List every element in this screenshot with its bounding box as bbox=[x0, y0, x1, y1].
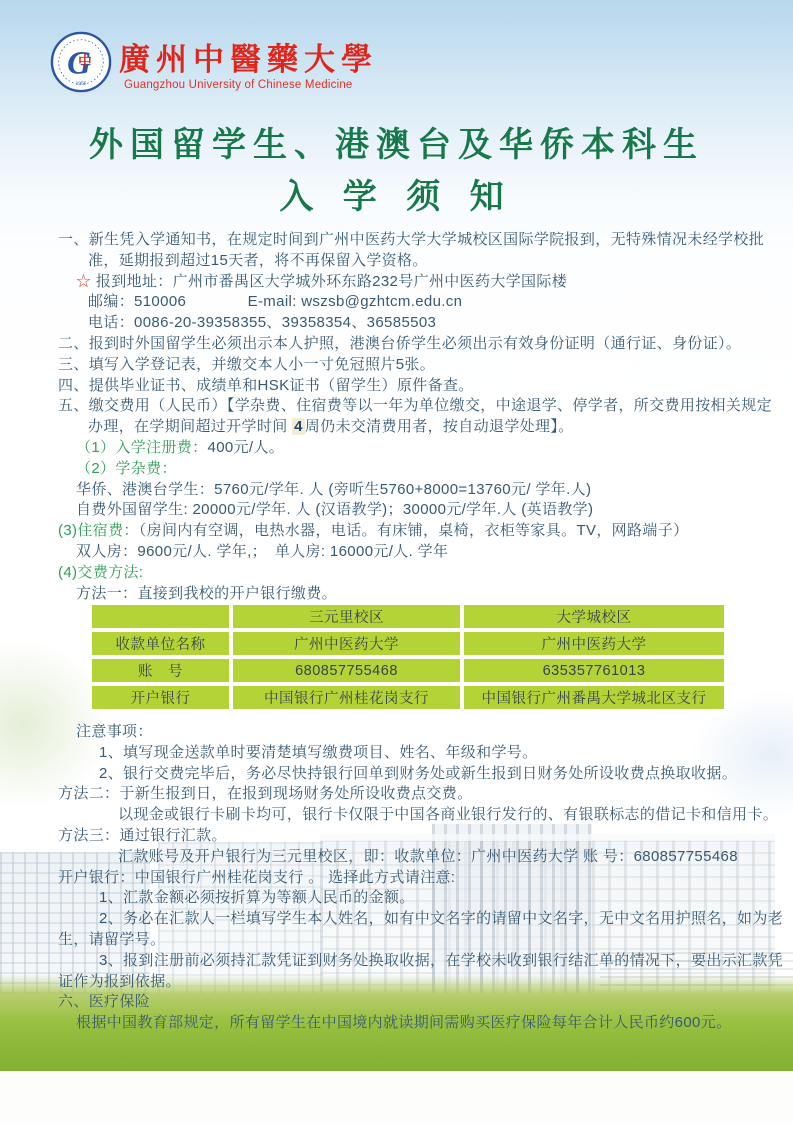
document-line: 五、缴交费用（人民币）【学杂费、住宿费等以一年为单位缴交，中途退学、停学者，所交… bbox=[58, 396, 793, 417]
text-segment: 双人房：9600元/人. 学年,； 单人房: 16000元/人. 学年 bbox=[76, 543, 448, 560]
table-cell: 中国银行广州桂花岗支行 bbox=[233, 686, 460, 709]
university-name-en: Guangzhou University of Chinese Medicine bbox=[124, 79, 353, 91]
text-segment: 注意事项： bbox=[76, 723, 153, 740]
text-segment: （房间内有空调，电热水器，电话。有床铺，桌椅，衣柜等家具。TV，网路端子） bbox=[139, 522, 689, 539]
text-segment: 办理，在学期间超过开学时间 bbox=[88, 418, 292, 435]
row-label: 开户银行 bbox=[92, 686, 229, 709]
document-line: 华侨、港澳台学生：5760元/学年. 人 (旁听生5760+8000=13760… bbox=[76, 480, 793, 501]
document-line: 1、汇款金额必须按折算为等额人民币的金额。 bbox=[99, 888, 793, 909]
table-header-cell bbox=[92, 605, 229, 628]
document-line: 方法三：通过银行汇款。 bbox=[58, 826, 793, 847]
document-body-top: 一、新生凭入学通知书，在规定时间到广州中医药大学大学城校区国际学院报到，无特殊情… bbox=[0, 230, 793, 604]
svg-text:1956: 1956 bbox=[76, 80, 87, 86]
svg-text:中: 中 bbox=[78, 53, 92, 69]
text-segment: 二、报到时外国留学生必须出示本人护照，港澳台侨学生必须出示有效身份证明（通行证、… bbox=[58, 335, 741, 352]
text-segment: 开户银行：中国银行广州桂花岗支行 。 选择此方式请注意: bbox=[58, 869, 455, 886]
text-segment: 400元/人。 bbox=[208, 439, 285, 456]
text-segment: 4 bbox=[292, 418, 305, 435]
notice-title-line2: 入 学 须 知 bbox=[0, 169, 793, 218]
text-segment: 周仍未交清费用者，按自动退学处理】。 bbox=[305, 418, 574, 435]
document-line: 邮编：510006 E-mail: wszsb@gzhtcm.edu.cn bbox=[88, 292, 793, 313]
text-segment: 报到地址：广州市番禺区大学城外环东路232号广州中医药大学国际楼 bbox=[96, 273, 567, 290]
text-segment: （1）入学注册费： bbox=[76, 439, 208, 456]
text-segment: 1、填写现金送款单时要清楚填写缴费项目、姓名、年级和学号。 bbox=[99, 744, 538, 761]
document-line: 2、务必在汇款人一栏填写学生本人姓名，如有中文名字的请留中文名字，无中文名用护照… bbox=[99, 909, 793, 930]
document-line: 六、医疗保险 bbox=[58, 992, 793, 1013]
table-cell: 广州中医药大学 bbox=[233, 632, 460, 655]
text-segment: 根据中国教育部规定，所有留学生在中国境内就读期间需购买医疗保险每年合计人民币约6… bbox=[76, 1014, 731, 1031]
text-segment: 2、银行交费完毕后，务必尽快持银行回单到财务处或新生报到日财务处所设收费点换取收… bbox=[99, 765, 737, 782]
text-segment: 生，请留学号。 bbox=[58, 931, 165, 948]
document-line: ☆ 报到地址：广州市番禺区大学城外环东路232号广州中医药大学国际楼 bbox=[76, 272, 793, 293]
table-row: 收款单位名称 广州中医药大学 广州中医药大学 bbox=[92, 632, 724, 655]
document-line: 电话：0086-20-39358355、39358354、36585503 bbox=[88, 313, 793, 334]
university-name-cn: 廣州中醫藥大學 bbox=[119, 34, 378, 79]
text-segment: （2）学杂费： bbox=[76, 460, 177, 477]
table-cell: 680857755468 bbox=[233, 659, 460, 682]
document-line: 方法二：于新生报到日，在报到现场财务处所设收费点交费。 bbox=[58, 784, 793, 805]
table-cell: 中国银行广州番禺大学城北区支行 bbox=[464, 686, 724, 709]
text-segment: 华侨、港澳台学生：5760元/学年. 人 (旁听生5760+8000=13760… bbox=[76, 481, 591, 498]
document-line: （1）入学注册费：400元/人。 bbox=[76, 438, 793, 459]
document-line: 双人房：9600元/人. 学年,； 单人房: 16000元/人. 学年 bbox=[76, 542, 793, 563]
admission-notice-page: G 中 1956 廣州中醫藥大學 Guangzhou University of… bbox=[0, 0, 793, 1123]
text-segment: 汇款账号及开户银行为三元里校区，即：收款单位：广州中医药大学 账 号：68085… bbox=[118, 848, 738, 865]
text-segment: 方法二：于新生报到日，在报到现场财务处所设收费点交费。 bbox=[58, 785, 472, 802]
text-segment: (3)住宿费： bbox=[58, 522, 139, 539]
star-icon: ☆ bbox=[76, 273, 96, 290]
document-line: （2）学杂费： bbox=[76, 459, 793, 480]
document-line: 以现金或银行卡刷卡均可，银行卡仅限于中国各商业银行发行的、有银联标志的借记卡和信… bbox=[118, 805, 793, 826]
table-row: 账 号 680857755468 635357761013 bbox=[92, 659, 724, 682]
bank-account-table: 三元里校区 大学城校区 收款单位名称 广州中医药大学 广州中医药大学 账 号 6… bbox=[88, 601, 728, 713]
document-line: 注意事项： bbox=[76, 722, 793, 743]
document-line: 汇款账号及开户银行为三元里校区，即：收款单位：广州中医药大学 账 号：68085… bbox=[118, 847, 793, 868]
text-segment: 六、医疗保险 bbox=[58, 993, 150, 1010]
document-line: 开户银行：中国银行广州桂花岗支行 。 选择此方式请注意: bbox=[58, 868, 793, 889]
text-segment: 方法一：直接到我校的开户银行缴费。 bbox=[76, 585, 337, 602]
notice-title-line1: 外国留学生、港澳台及华侨本科生 bbox=[0, 117, 793, 166]
page-bottom-margin bbox=[0, 1071, 793, 1123]
text-segment: 五、缴交费用（人民币）【学杂费、住宿费等以一年为单位缴交，中途退学、停学者，所交… bbox=[58, 397, 772, 414]
document-line: 生，请留学号。 bbox=[58, 930, 793, 951]
text-segment: 三、填写入学登记表，并缴交本人小一寸免冠照片5张。 bbox=[58, 356, 435, 373]
document-line: 二、报到时外国留学生必须出示本人护照，港澳台侨学生必须出示有效身份证明（通行证、… bbox=[58, 334, 793, 355]
document-line: (4)交费方法: bbox=[58, 563, 793, 584]
row-label: 收款单位名称 bbox=[92, 632, 229, 655]
text-segment: 四、提供毕业证书、成绩单和HSK证书（留学生）原件备查。 bbox=[58, 377, 474, 394]
table-cell: 广州中医药大学 bbox=[464, 632, 724, 655]
table-header-cell: 大学城校区 bbox=[464, 605, 724, 628]
table-header-row: 三元里校区 大学城校区 bbox=[92, 605, 724, 628]
document-line: 证作为报到依据。 bbox=[58, 972, 793, 993]
row-label: 账 号 bbox=[92, 659, 229, 682]
document-line: 3、报到注册前必须持汇款凭证到财务处换取收据，在学校未收到银行结汇单的情况下，要… bbox=[99, 951, 793, 972]
document-line: 2、银行交费完毕后，务必尽快持银行回单到财务处或新生报到日财务处所设收费点换取收… bbox=[99, 764, 793, 785]
text-segment: 一、新生凭入学通知书，在规定时间到广州中医药大学大学城校区国际学院报到，无特殊情… bbox=[58, 231, 764, 248]
text-segment: 自费外国留学生: 20000元/学年. 人 (汉语教学)；30000元/学年.人… bbox=[76, 501, 593, 518]
text-segment: 2、务必在汇款人一栏填写学生本人姓名，如有中文名字的请留中文名字，无中文名用护照… bbox=[99, 910, 783, 927]
document-line: 一、新生凭入学通知书，在规定时间到广州中医药大学大学城校区国际学院报到，无特殊情… bbox=[58, 230, 793, 251]
document-body-bottom: 注意事项：1、填写现金送款单时要清楚填写缴费项目、姓名、年级和学号。2、银行交费… bbox=[0, 722, 793, 1034]
document-line: (3)住宿费：（房间内有空调，电热水器，电话。有床铺，桌椅，衣柜等家具。TV，网… bbox=[58, 521, 793, 542]
table-cell: 635357761013 bbox=[464, 659, 724, 682]
text-segment: 准，延期报到超过15天者，将不再保留入学资格。 bbox=[88, 252, 428, 269]
table-header-cell: 三元里校区 bbox=[233, 605, 460, 628]
text-segment: 1、汇款金额必须按折算为等额人民币的金额。 bbox=[99, 889, 415, 906]
document-line: 自费外国留学生: 20000元/学年. 人 (汉语教学)；30000元/学年.人… bbox=[76, 500, 793, 521]
document-line: 办理，在学期间超过开学时间 4周仍未交清费用者，按自动退学处理】。 bbox=[88, 417, 793, 438]
text-segment: 邮编：510006 E-mail: wszsb@gzhtcm.edu.cn bbox=[88, 293, 462, 310]
university-logo-icon: G 中 1956 bbox=[50, 31, 112, 93]
document-line: 三、填写入学登记表，并缴交本人小一寸免冠照片5张。 bbox=[58, 355, 793, 376]
text-segment: 电话：0086-20-39358355、39358354、36585503 bbox=[88, 314, 436, 331]
table-row: 开户银行 中国银行广州桂花岗支行 中国银行广州番禺大学城北区支行 bbox=[92, 686, 724, 709]
document-line: 根据中国教育部规定，所有留学生在中国境内就读期间需购买医疗保险每年合计人民币约6… bbox=[76, 1013, 793, 1034]
text-segment: 方法三：通过银行汇款。 bbox=[58, 827, 227, 844]
document-line: 准，延期报到超过15天者，将不再保留入学资格。 bbox=[88, 251, 793, 272]
text-segment: 3、报到注册前必须持汇款凭证到财务处换取收据，在学校未收到银行结汇单的情况下，要… bbox=[99, 952, 783, 969]
document-line: 四、提供毕业证书、成绩单和HSK证书（留学生）原件备查。 bbox=[58, 376, 793, 397]
document-line: 1、填写现金送款单时要清楚填写缴费项目、姓名、年级和学号。 bbox=[99, 743, 793, 764]
text-segment: 以现金或银行卡刷卡均可，银行卡仅限于中国各商业银行发行的、有银联标志的借记卡和信… bbox=[118, 806, 778, 823]
text-segment: 证作为报到依据。 bbox=[58, 973, 181, 990]
text-segment: (4)交费方法: bbox=[58, 564, 143, 581]
